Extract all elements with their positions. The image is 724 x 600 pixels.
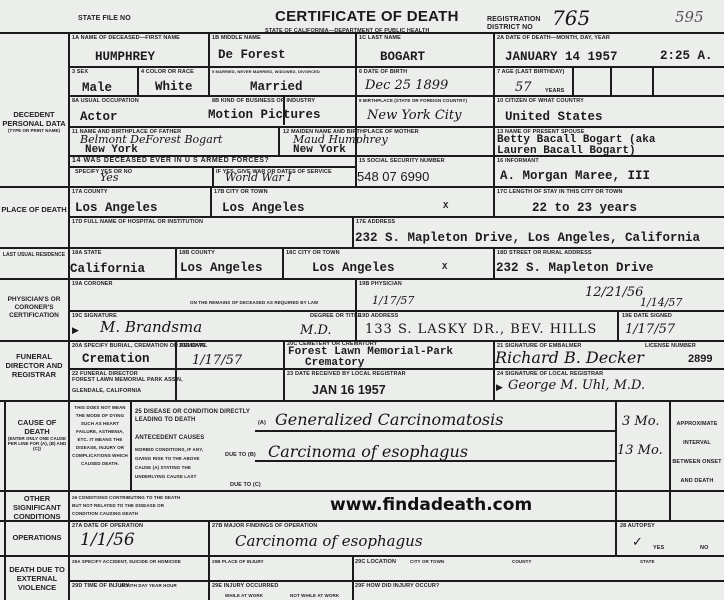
armed-forces: Yes — [100, 171, 118, 184]
injury-occurred-label: 29e INJURY OCCURRED — [212, 583, 278, 589]
injury-place-label: 29b PLACE OF INJURY — [212, 559, 264, 565]
external-specify-label: 29a SPECIFY ACCIDENT, SUICIDE OR HOMICID… — [72, 559, 181, 565]
residence-city: Los Angeles — [312, 261, 395, 275]
physician-attended-to: 1/17/57 — [372, 294, 414, 307]
physician-attended-from: 12/21/56 — [585, 285, 643, 300]
operation-date-label: 27a DATE OF OPERATION — [72, 523, 143, 529]
section-decedent: DECEDENT PERSONAL DATA(TYPE OR PRINT NAM… — [0, 110, 68, 133]
length-of-stay: 22 to 23 years — [532, 201, 637, 215]
cause-b-interval: 13 Mo. — [617, 443, 663, 458]
location-county-label: COUNTY — [512, 559, 532, 565]
date-of-death: JANUARY 14 1957 — [505, 50, 618, 64]
residence-county-label: 18b COUNTY — [179, 250, 215, 256]
location-state-label: STATE — [640, 559, 655, 565]
physician-address: 133 S. LASKY DR., BEV. HILLS — [365, 322, 597, 337]
race-label: 4 COLOR OR RACE — [141, 69, 194, 75]
citizenship: United States — [505, 110, 603, 124]
section-external-violence: DEATH DUE TO EXTERNAL VIOLENCE — [6, 565, 68, 592]
hour-of-death: 2:25 A. — [660, 49, 713, 63]
physician-label: 19b PHYSICIAN — [359, 281, 402, 287]
degree-label: DEGREE OR TITLE — [310, 313, 361, 319]
other-conditions-label: 26 CONDITIONS CONTRIBUTING TO THE DEATH … — [72, 494, 187, 518]
section-place-of-death: PLACE OF DEATH — [0, 205, 68, 214]
informant-label: 16 INFORMANT — [497, 158, 539, 164]
middle-name: De Forest — [218, 48, 286, 62]
cemetery-line2: Crematory — [305, 357, 364, 369]
death-county-label: 17a COUNTY — [72, 189, 108, 195]
funeral-director-line1: FOREST LAWN MEMORIAL PARK ASS'N, — [72, 377, 183, 383]
findings-label: 27b MAJOR FINDINGS OF OPERATION — [212, 523, 317, 529]
birthplace: New York City — [367, 108, 462, 123]
cause-b: Carcinoma of esophagus — [268, 442, 468, 461]
date-received: JAN 16 1957 — [312, 383, 386, 397]
disposition-date-label: 20b DATE — [179, 343, 206, 349]
state-file-label: STATE FILE NO — [78, 15, 131, 23]
hospital-label: 17d FULL NAME OF HOSPITAL OR INSTITUTION — [72, 219, 203, 225]
watermark: www.findadeath.com — [330, 495, 532, 515]
residence-inside-limits-mark: X — [442, 262, 447, 272]
certificate-title: CERTIFICATE OF DEATH — [275, 8, 459, 25]
date-signed: 1/17/57 — [625, 322, 675, 337]
registrar-label: 24 SIGNATURE OF LOCAL REGISTRAR — [497, 371, 603, 377]
physician-last-seen: 1/14/57 — [640, 296, 682, 309]
cause-note: THIS DOES NOT MEAN THE MODE OF DYING SUC… — [72, 404, 128, 468]
physician-signature: M. Brandsma — [100, 318, 202, 336]
date-signed-label: 19e DATE SIGNED — [622, 313, 672, 319]
date-of-birth: Dec 25 1899 — [365, 78, 448, 93]
section-funeral: FUNERAL DIRECTOR AND REGISTRAR — [0, 352, 68, 379]
embalmer-license: 2899 — [688, 353, 712, 365]
interval-label: APPROXIMATE INTERVAL BETWEEN ONSET AND D… — [672, 415, 722, 491]
license-label: LICENSE NUMBER — [645, 343, 696, 349]
marital-label: 5 MARRIED, NEVER MARRIED, WIDOWED, DIVOR… — [212, 69, 320, 75]
date-of-death-label: 2a DATE OF DEATH—MONTH, DAY, YEAR — [497, 35, 610, 41]
injury-location-label: 29c LOCATION — [355, 559, 396, 565]
autopsy-checkmark-icon: ✓ — [632, 534, 643, 550]
autopsy-label: 28 AUTOPSY — [620, 523, 655, 529]
antecedent-note: MORBID CONDITIONS, IF ANY, GIVING RISE T… — [135, 445, 215, 481]
death-address: 232 S. Mapleton Drive, Los Angeles, Cali… — [355, 231, 700, 245]
residence-street-label: 18d STREET OR RURAL ADDRESS — [497, 250, 592, 256]
spouse-line2: Lauren Bacall Bogart) — [497, 145, 636, 157]
residence-state-label: 18a STATE — [72, 250, 102, 256]
disposition: Cremation — [82, 352, 150, 366]
received-label: 23 DATE RECEIVED BY LOCAL REGISTRAR — [287, 371, 406, 377]
sex: Male — [82, 81, 112, 95]
inside-limits-mark: X — [443, 201, 448, 211]
cause-a-prefix: (A) — [258, 420, 266, 426]
coroner-note: ON THE REMAINS OF DECEASED AS REQUIRED B… — [190, 300, 318, 306]
registrar-signature: George M. Uhl, M.D. — [508, 378, 645, 393]
first-name: HUMPHREY — [95, 50, 155, 64]
residence-county: Los Angeles — [180, 261, 263, 275]
registrar-arrow-icon: ▶ — [496, 382, 503, 393]
sex-label: 3 SEX — [72, 69, 88, 75]
section-operations: OPERATIONS — [6, 533, 68, 542]
armed-forces-label: 14 WAS DECEASED EVER IN U S ARMED FORCES… — [72, 157, 269, 165]
occupation: Actor — [80, 110, 118, 124]
while-at-work-option[interactable]: WHILE AT WORK — [225, 593, 263, 599]
race: White — [155, 80, 193, 94]
citizen-label: 10 CITIZEN OF WHAT COUNTRY — [497, 98, 584, 104]
first-name-label: 1a NAME OF DECEASED—FIRST NAME — [72, 35, 180, 41]
operation-date: 1/1/56 — [80, 530, 135, 550]
cause-a-label: 25 DISEASE OR CONDITION DIRECTLY LEADING… — [135, 408, 253, 424]
stay-label: 17c LENGTH OF STAY IN THIS CITY OR TOWN — [497, 189, 623, 195]
informant: A. Morgan Maree, III — [500, 169, 650, 183]
marital-status: Married — [250, 80, 303, 94]
war-service: World War I — [225, 171, 292, 184]
section-cause: CAUSE OF DEATH(ENTER ONLY ONE CAUSE PER … — [6, 418, 68, 451]
dob-label: 6 DATE OF BIRTH — [359, 69, 407, 75]
signature-arrow-icon: ▶ — [72, 325, 79, 336]
age: 57 — [515, 80, 532, 95]
operation-findings: Carcinoma of esophagus — [235, 532, 423, 550]
residence-street: 232 S. Mapleton Drive — [496, 261, 654, 275]
mother-birthplace: New York — [293, 144, 346, 156]
registration-number: 765 — [552, 6, 590, 30]
death-address-label: 17e ADDRESS — [356, 219, 395, 225]
occupation-label: 8a USUAL OCCUPATION — [72, 98, 139, 104]
not-at-work-option[interactable]: NOT WHILE AT WORK — [290, 593, 339, 599]
antecedent-label: ANTECEDENT CAUSES — [135, 434, 204, 442]
cause-c-prefix: DUE TO (C) — [230, 482, 261, 488]
last-name-label: 1c LAST NAME — [359, 35, 401, 41]
father-birthplace: New York — [85, 144, 138, 156]
cause-b-prefix: DUE TO (B) — [225, 452, 256, 458]
death-city: Los Angeles — [222, 201, 305, 215]
death-city-label: 17b CITY OR TOWN — [214, 189, 268, 195]
residence-city-label: 18c CITY OR TOWN — [286, 250, 340, 256]
section-other-conditions: OTHER SIGNIFICANT CONDITIONS — [6, 494, 68, 521]
autopsy-yes[interactable]: YES — [653, 545, 664, 551]
residence-state: California — [70, 262, 145, 276]
death-county: Los Angeles — [75, 201, 158, 215]
certificate-number: 595 — [675, 8, 704, 26]
how-injury-label: 29f HOW DID INJURY OCCUR? — [355, 583, 439, 589]
cause-a-interval: 3 Mo. — [622, 414, 659, 429]
age-unit: YEARS — [545, 88, 564, 94]
embalmer-signature: Richard B. Decker — [495, 348, 644, 367]
ssn-label: 15 SOCIAL SECURITY NUMBER — [359, 158, 445, 164]
age-label: 7 AGE (LAST BIRTHDAY) — [497, 69, 564, 75]
physician-address-label: 19d ADDRESS — [359, 313, 398, 319]
autopsy-no[interactable]: NO — [700, 545, 708, 551]
injury-time-columns: MONTH DAY YEAR HOUR — [120, 583, 177, 589]
ssn: 548 07 6990 — [357, 169, 429, 184]
business: Motion Pictures — [208, 108, 321, 122]
death-certificate: STATE FILE NO CERTIFICATE OF DEATH STATE… — [0, 0, 724, 600]
degree: M.D. — [300, 323, 332, 338]
coroner-label: 19a CORONER — [72, 281, 113, 287]
section-residence: LAST USUAL RESIDENCE — [0, 252, 68, 258]
location-city-label: CITY OR TOWN — [410, 559, 444, 565]
last-name: BOGART — [380, 50, 425, 64]
middle-name-label: 1b MIDDLE NAME — [212, 35, 261, 41]
business-label: 8b KIND OF BUSINESS OR INDUSTRY — [212, 98, 315, 104]
section-physician: PHYSICIAN'S OR CORONER'S CERTIFICATION — [0, 296, 68, 320]
cause-a: Generalized Carcinomatosis — [275, 410, 503, 429]
registration-label: REGISTRATION DISTRICT NO — [487, 16, 537, 32]
disposition-date: 1/17/57 — [192, 353, 242, 368]
funeral-director-line2: GLENDALE, CALIFORNIA — [72, 388, 141, 394]
birthplace-label: 9 BIRTHPLACE (STATE OR FOREIGN COUNTRY) — [359, 98, 467, 104]
